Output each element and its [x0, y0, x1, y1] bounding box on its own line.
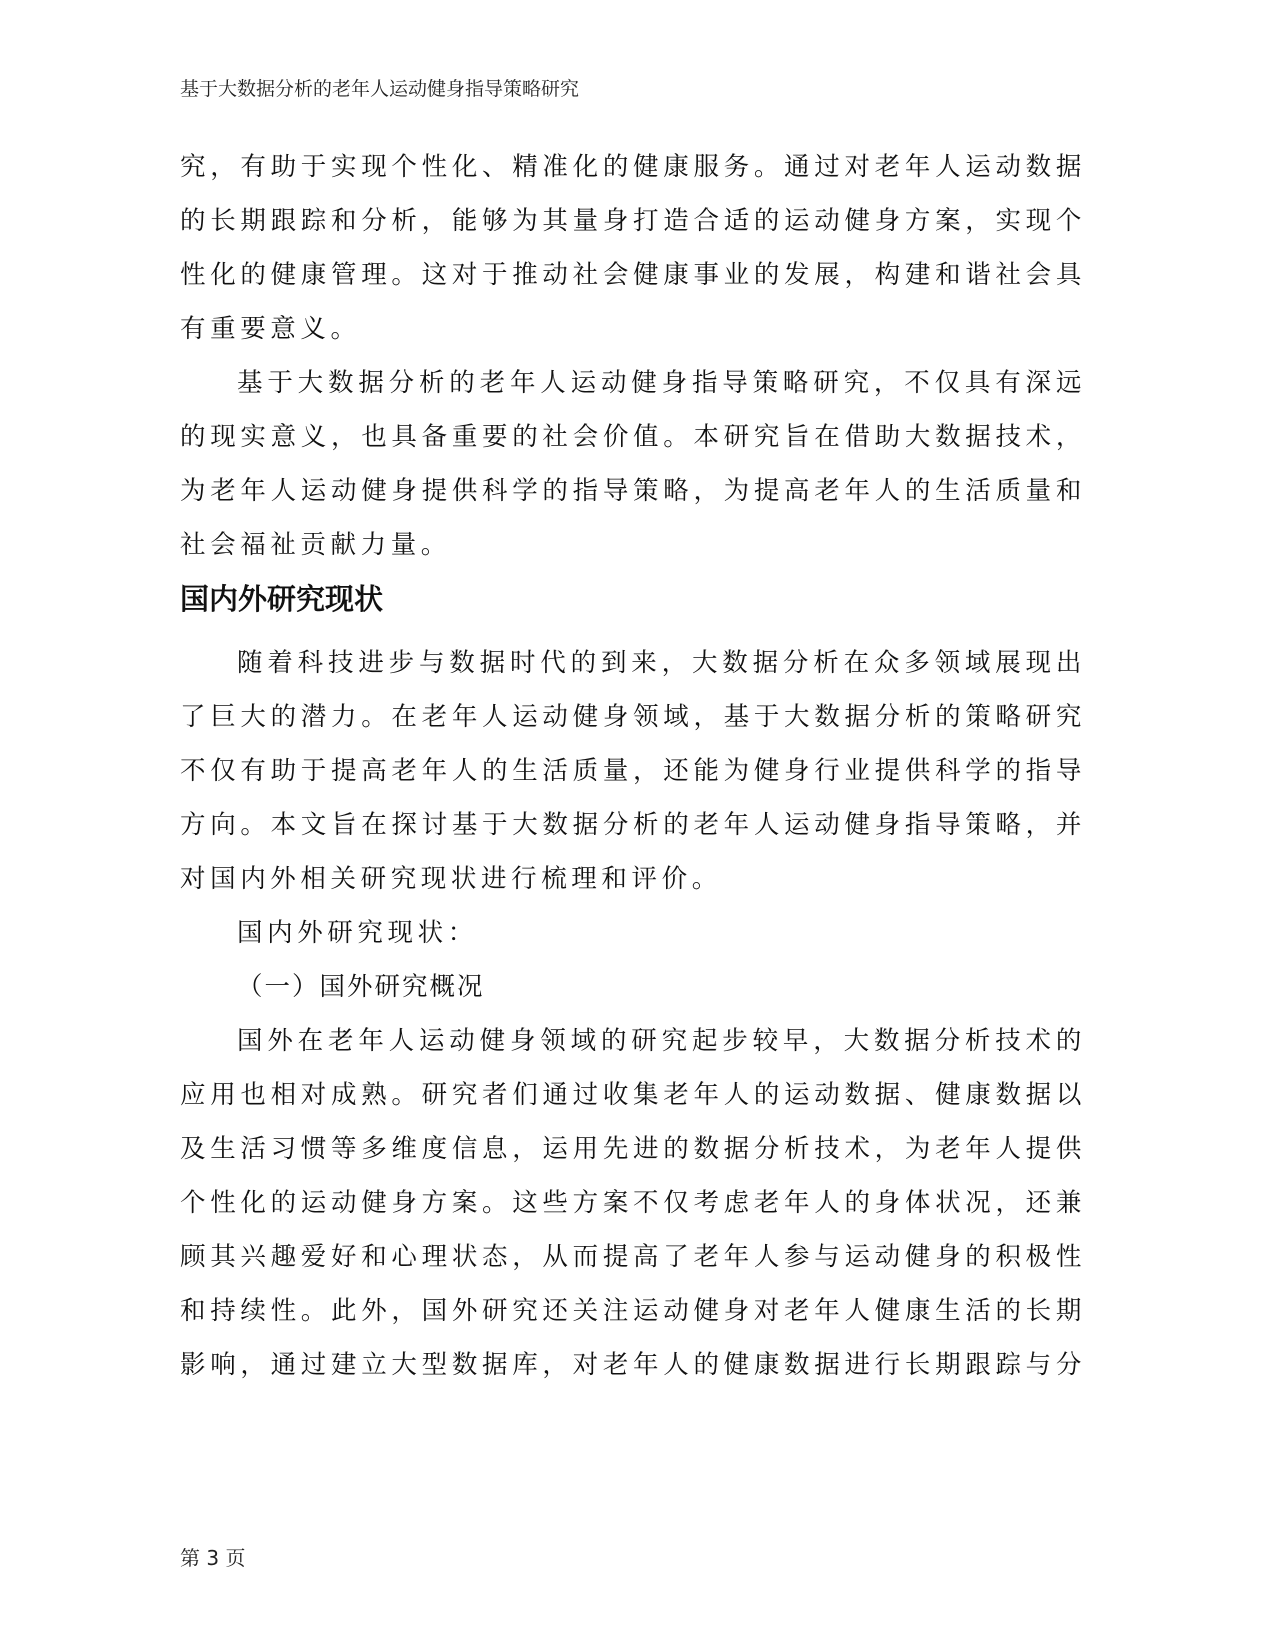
text-line: 究，有助于实现个性化、精准化的健康服务。通过对老年人运动数据: [180, 140, 1086, 194]
text-line: 国外在老年人运动健身领域的研究起步较早，大数据分析技术的: [180, 1014, 1086, 1068]
subheading-label: 国内外研究现状：: [180, 906, 1086, 960]
spacer: [180, 626, 1086, 636]
text-line: 应用也相对成熟。研究者们通过收集老年人的运动数据、健康数据以: [180, 1068, 1086, 1122]
text-line: 不仅有助于提高老年人的生活质量，还能为健身行业提供科学的指导: [180, 744, 1086, 798]
text-line: 影响，通过建立大型数据库，对老年人的健康数据进行长期跟踪与分: [180, 1338, 1086, 1392]
subsection-title: （一）国外研究概况: [180, 960, 1086, 1014]
text-line: 的现实意义，也具备重要的社会价值。本研究旨在借助大数据技术，: [180, 410, 1086, 464]
text-line: 及生活习惯等多维度信息，运用先进的数据分析技术，为老年人提供: [180, 1122, 1086, 1176]
text-line: 有重要意义。: [180, 302, 1086, 356]
page-number: 第 3 页: [180, 1542, 245, 1571]
running-header: 基于大数据分析的老年人运动健身指导策略研究: [180, 74, 579, 101]
text-line: 方向。本文旨在探讨基于大数据分析的老年人运动健身指导策略，并: [180, 798, 1086, 852]
text-line: 个性化的运动健身方案。这些方案不仅考虑老年人的身体状况，还兼: [180, 1176, 1086, 1230]
text-line: 顾其兴趣爱好和心理状态，从而提高了老年人参与运动健身的积极性: [180, 1230, 1086, 1284]
text-line: 和持续性。此外，国外研究还关注运动健身对老年人健康生活的长期: [180, 1284, 1086, 1338]
text-line: 基于大数据分析的老年人运动健身指导策略研究，不仅具有深远: [180, 356, 1086, 410]
section-heading: 国内外研究现状: [180, 572, 1086, 626]
text-line: 社会福祉贡献力量。: [180, 518, 1086, 572]
paragraph-2: 基于大数据分析的老年人运动健身指导策略研究，不仅具有深远 的现实意义，也具备重要…: [180, 356, 1086, 572]
text-line: 的长期跟踪和分析，能够为其量身打造合适的运动健身方案，实现个: [180, 194, 1086, 248]
text-line: 随着科技进步与数据时代的到来，大数据分析在众多领域展现出: [180, 636, 1086, 690]
document-page: 基于大数据分析的老年人运动健身指导策略研究 究，有助于实现个性化、精准化的健康服…: [0, 0, 1275, 1650]
paragraph-3: 随着科技进步与数据时代的到来，大数据分析在众多领域展现出 了巨大的潜力。在老年人…: [180, 636, 1086, 906]
text-line: 为老年人运动健身提供科学的指导策略，为提高老年人的生活质量和: [180, 464, 1086, 518]
paragraph-1: 究，有助于实现个性化、精准化的健康服务。通过对老年人运动数据 的长期跟踪和分析，…: [180, 140, 1086, 356]
paragraph-4: 国外在老年人运动健身领域的研究起步较早，大数据分析技术的 应用也相对成熟。研究者…: [180, 1014, 1086, 1392]
text-line: 了巨大的潜力。在老年人运动健身领域，基于大数据分析的策略研究: [180, 690, 1086, 744]
text-line: 性化的健康管理。这对于推动社会健康事业的发展，构建和谐社会具: [180, 248, 1086, 302]
text-line: 对国内外相关研究现状进行梳理和评价。: [180, 852, 1086, 906]
document-body: 究，有助于实现个性化、精准化的健康服务。通过对老年人运动数据 的长期跟踪和分析，…: [180, 140, 1086, 1392]
